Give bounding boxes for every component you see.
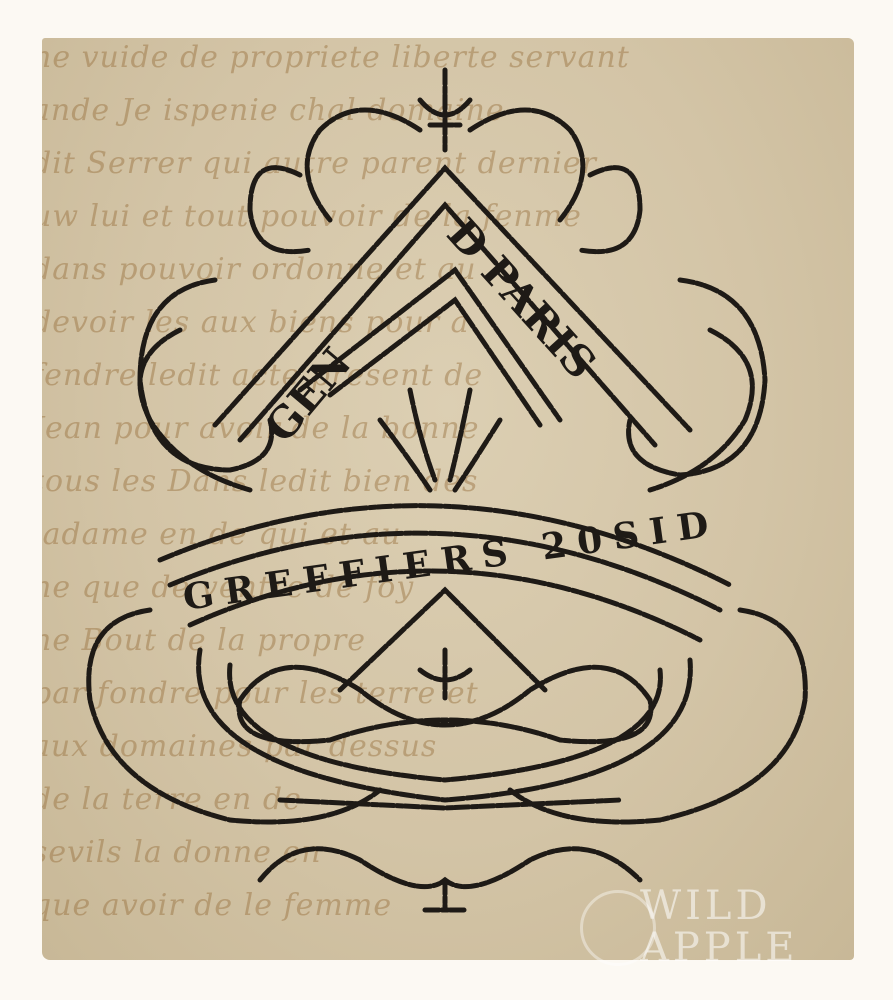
stamp-text-banner: GREFFIERS 20SID [180, 504, 711, 619]
watermark-line2: APPLE [640, 927, 798, 969]
watermark-line1: WILD [640, 885, 798, 927]
watermark: WILD APPLE [640, 885, 798, 969]
stamp-emblem: GEN D PARIS GREFFIERS 20SID [0, 0, 893, 1000]
